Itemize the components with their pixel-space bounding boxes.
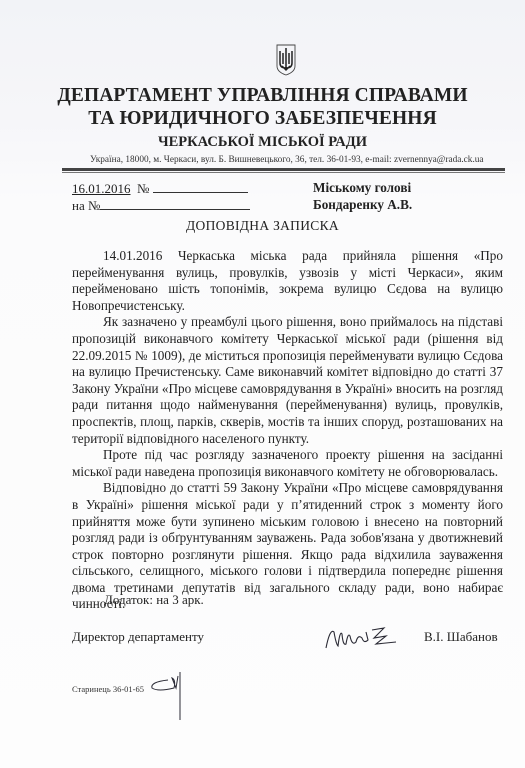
addressee-name: Бондаренку А.В. bbox=[313, 197, 412, 213]
reference-label: на № bbox=[72, 198, 100, 213]
document-title: ДОПОВІДНА ЗАПИСКА bbox=[0, 218, 525, 234]
reference-line: на № bbox=[72, 197, 250, 214]
letterhead-divider bbox=[62, 168, 505, 171]
letterhead-line3: ЧЕРКАСЬКОЇ МІСЬКОЇ РАДИ bbox=[0, 134, 525, 151]
signer-name: В.І. Шабанов bbox=[424, 629, 498, 645]
coat-of-arms-icon bbox=[276, 44, 296, 76]
document-body: 14.01.2016 Черкаська міська рада прийнял… bbox=[72, 248, 503, 613]
letterhead-address: Україна, 18000, м. Черкаси, вул. Б. Вишн… bbox=[90, 155, 484, 165]
initials-signature-icon bbox=[146, 670, 186, 722]
letterhead-line1: ДЕПАРТАМЕНТ УПРАВЛІННЯ СПРАВАМИ bbox=[0, 85, 525, 107]
body-paragraph: 14.01.2016 Черкаська міська рада прийнял… bbox=[72, 248, 503, 314]
executor-contact: Старинець 36-01-65 bbox=[72, 684, 144, 694]
handwritten-signature-icon bbox=[322, 622, 402, 652]
body-paragraph: Проте під час розгляду зазначеного проек… bbox=[72, 447, 503, 480]
document-page: ДЕПАРТАМЕНТ УПРАВЛІННЯ СПРАВАМИ ТА ЮРИДИ… bbox=[0, 0, 525, 768]
number-label: № bbox=[137, 181, 149, 196]
signer-role: Директор департаменту bbox=[72, 629, 204, 645]
date-number-line: 16.01.2016 № bbox=[72, 180, 248, 197]
attachment-note: Додаток: на 3 арк. bbox=[104, 592, 204, 608]
letterhead-divider-thin bbox=[62, 172, 505, 173]
number-blank bbox=[153, 180, 248, 193]
addressee-title: Міському голові bbox=[313, 180, 411, 196]
letterhead-line2: ТА ЮРИДИЧНОГО ЗАБЕЗПЕЧЕННЯ bbox=[0, 108, 525, 130]
reference-blank bbox=[100, 197, 250, 210]
body-paragraph: Як зазначено у преамбулі цього рішення, … bbox=[72, 314, 503, 447]
document-date: 16.01.2016 bbox=[72, 181, 131, 196]
